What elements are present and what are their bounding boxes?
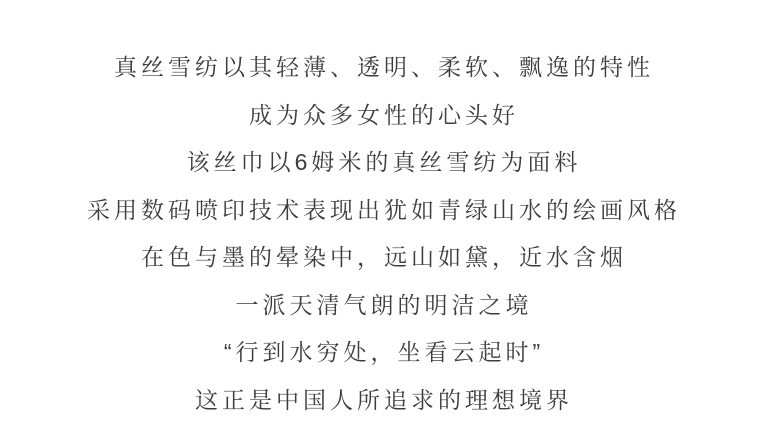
text-line-7: “行到水穷处，坐看云起时” bbox=[0, 329, 768, 377]
product-description-text: 真丝雪纺以其轻薄、透明、柔软、飘逸的特性 成为众多女性的心头好 该丝巾以6姆米的… bbox=[0, 44, 768, 424]
page-background: 真丝雪纺以其轻薄、透明、柔软、飘逸的特性 成为众多女性的心头好 该丝巾以6姆米的… bbox=[0, 0, 768, 447]
text-line-3: 该丝巾以6姆米的真丝雪纺为面料 bbox=[0, 139, 768, 187]
text-line-4: 采用数码喷印技术表现出犹如青绿山水的绘画风格 bbox=[0, 187, 768, 235]
text-line-8: 这正是中国人所追求的理想境界 bbox=[0, 377, 768, 425]
text-line-6: 一派天清气朗的明洁之境 bbox=[0, 282, 768, 330]
text-line-5: 在色与墨的晕染中，远山如黛，近水含烟 bbox=[0, 234, 768, 282]
text-line-1: 真丝雪纺以其轻薄、透明、柔软、飘逸的特性 bbox=[0, 44, 768, 92]
text-line-2: 成为众多女性的心头好 bbox=[0, 92, 768, 140]
